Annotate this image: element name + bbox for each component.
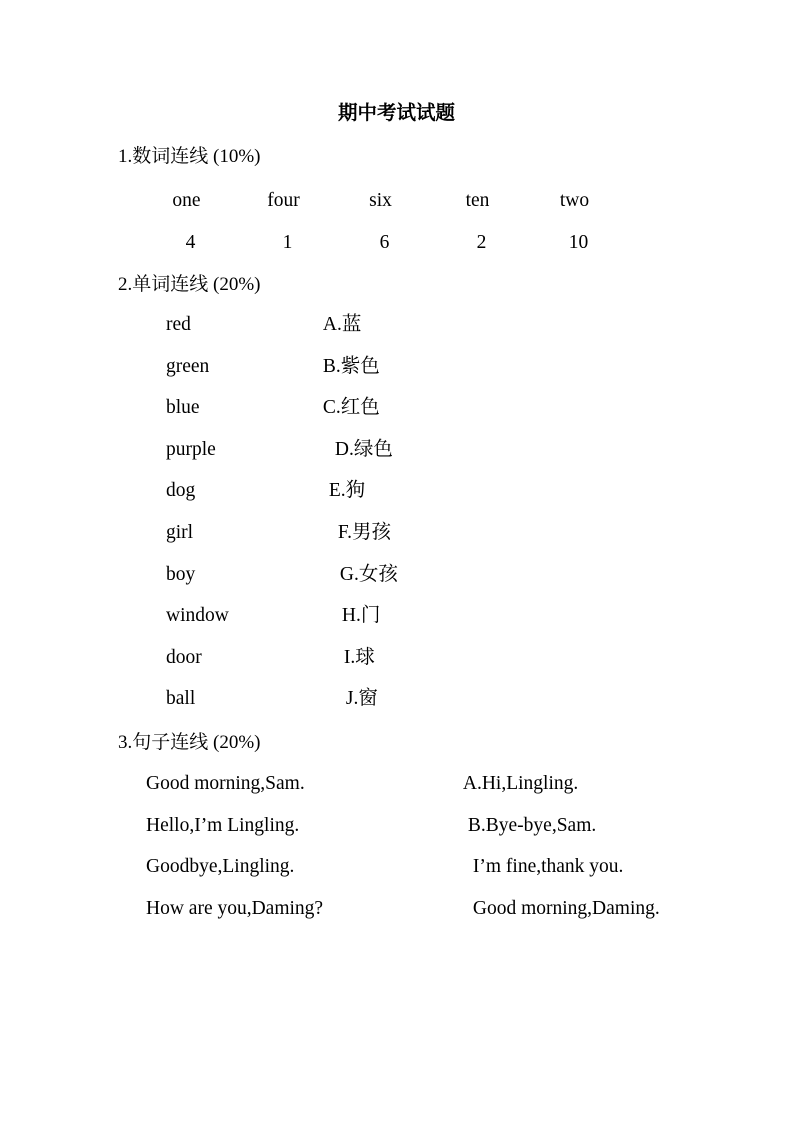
chinese-option: G.女孩	[340, 554, 398, 596]
chinese-option: D.绿色	[335, 429, 393, 471]
english-word: blue	[166, 387, 318, 429]
match-row: How are you,Daming? Good morning,Daming.	[0, 888, 793, 930]
numeral: 10	[530, 232, 627, 254]
number-word: six	[332, 190, 429, 212]
sentence-response: I’m fine,thank you.	[473, 846, 624, 888]
chinese-option: F.男孩	[338, 512, 391, 554]
match-row: red A.蓝	[0, 304, 793, 346]
section3-match-list: Good morning,Sam. A.Hi,Lingling. Hello,I…	[0, 763, 793, 929]
number-word: one	[138, 190, 235, 212]
section2-heading: 2.单词连线 (20%)	[118, 274, 260, 296]
match-row: boy G.女孩	[0, 554, 793, 596]
section1-heading: 1.数词连线 (10%)	[118, 146, 260, 168]
number-word: ten	[429, 190, 526, 212]
numeral: 4	[142, 232, 239, 254]
chinese-option: A.蓝	[323, 304, 361, 346]
sentence-prompt: How are you,Daming?	[146, 888, 458, 930]
match-row: Good morning,Sam. A.Hi,Lingling.	[0, 763, 793, 805]
match-row: window H.门	[0, 595, 793, 637]
sentence-response: A.Hi,Lingling.	[463, 763, 578, 805]
sentence-prompt: Good morning,Sam.	[146, 763, 458, 805]
english-word: green	[166, 346, 318, 388]
sentence-prompt: Hello,I’m Lingling.	[146, 805, 458, 847]
english-word: purple	[166, 429, 318, 471]
english-word: dog	[166, 470, 318, 512]
chinese-option: E.狗	[329, 470, 365, 512]
chinese-option: B.紫色	[323, 346, 380, 388]
english-word: boy	[166, 554, 318, 596]
english-word: girl	[166, 512, 318, 554]
english-word: door	[166, 637, 318, 679]
match-row: blue C.红色	[0, 387, 793, 429]
match-row: dog E.狗	[0, 470, 793, 512]
section2-match-list: red A.蓝 green B.紫色 blue C.红色 purple D.绿色…	[0, 304, 793, 720]
numeral: 2	[433, 232, 530, 254]
match-row: girl F.男孩	[0, 512, 793, 554]
number-word: two	[526, 190, 623, 212]
section1-numbers-row: 4 1 6 2 10	[142, 232, 627, 254]
chinese-option: I.球	[344, 637, 375, 679]
sentence-response: B.Bye-bye,Sam.	[468, 805, 596, 847]
section3-heading: 3.句子连线 (20%)	[118, 732, 260, 754]
numeral: 1	[239, 232, 336, 254]
chinese-option: C.红色	[323, 387, 380, 429]
section1-words-row: one four six ten two	[138, 190, 623, 212]
match-row: purple D.绿色	[0, 429, 793, 471]
english-word: red	[166, 304, 318, 346]
number-word: four	[235, 190, 332, 212]
numeral: 6	[336, 232, 433, 254]
match-row: green B.紫色	[0, 346, 793, 388]
match-row: Goodbye,Lingling. I’m fine,thank you.	[0, 846, 793, 888]
english-word: ball	[166, 678, 318, 720]
chinese-option: J.窗	[346, 678, 378, 720]
english-word: window	[166, 595, 318, 637]
exam-document-page: 期中考试试题 1.数词连线 (10%) one four six ten two…	[0, 0, 793, 1122]
match-row: Hello,I’m Lingling. B.Bye-bye,Sam.	[0, 805, 793, 847]
page-title: 期中考试试题	[0, 102, 793, 124]
sentence-prompt: Goodbye,Lingling.	[146, 846, 458, 888]
match-row: door I.球	[0, 637, 793, 679]
chinese-option: H.门	[342, 595, 380, 637]
match-row: ball J.窗	[0, 678, 793, 720]
sentence-response: Good morning,Daming.	[473, 888, 660, 930]
